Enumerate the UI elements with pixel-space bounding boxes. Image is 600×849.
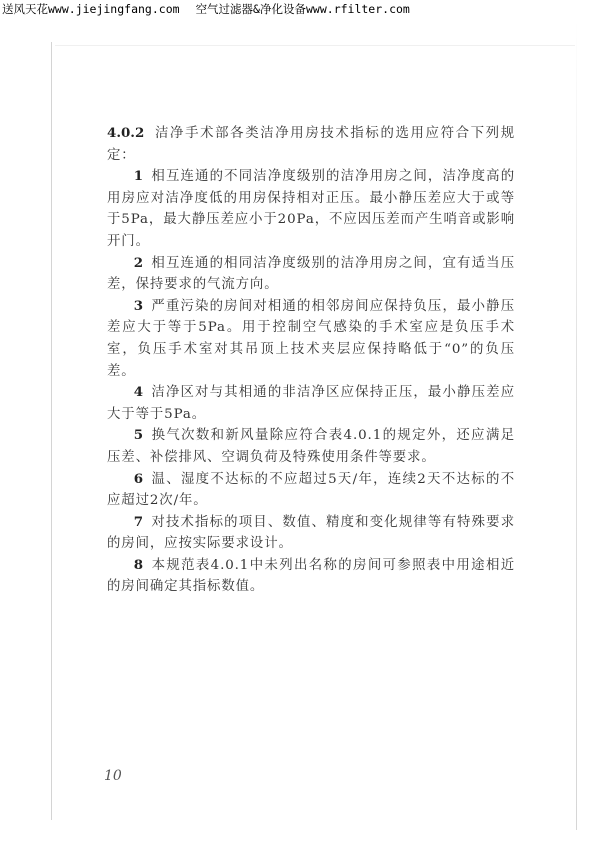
clause-text: 对技术指标的项目、数值、精度和变化规律等有特殊要求的房间，应按实际要求设计。 bbox=[107, 515, 515, 552]
clause-item: 1相互连通的不同洁净度级别的洁净用房之间，洁净度高的用房应对洁净度低的用房保持相… bbox=[107, 166, 515, 252]
clause-item: 3严重污染的房间对相通的相邻房间应保持负压，最小静压差应大于等于5Pa。用于控制… bbox=[107, 296, 515, 382]
header-right-url: www.rfilter.com bbox=[306, 2, 410, 16]
clause-number: 4 bbox=[134, 384, 143, 400]
clause-text: 严重污染的房间对相通的相邻房间应保持负压，最小静压差应大于等于5Pa。用于控制空… bbox=[107, 299, 515, 379]
header-right-name: 空气过滤器&净化设备 bbox=[196, 2, 306, 16]
header-left-name: 送风天花 bbox=[2, 2, 48, 16]
clause-item: 7对技术指标的项目、数值、精度和变化规律等有特殊要求的房间，应按实际要求设计。 bbox=[107, 512, 515, 555]
clause-item: 2相互连通的相同洁净度级别的洁净用房之间，宜有适当压差，保持要求的气流方向。 bbox=[107, 253, 515, 296]
scan-edge-left bbox=[51, 42, 52, 820]
scan-edge-top bbox=[55, 45, 575, 46]
clause-number: 3 bbox=[134, 298, 143, 314]
clause-text: 相互连通的不同洁净度级别的洁净用房之间，洁净度高的用房应对洁净度低的用房保持相对… bbox=[107, 169, 515, 249]
clause-item: 6温、湿度不达标的不应超过5天/年，连续2天不达标的不应超过2次/年。 bbox=[107, 469, 515, 512]
clause-text: 相互连通的相同洁净度级别的洁净用房之间，宜有适当压差，保持要求的气流方向。 bbox=[107, 256, 515, 293]
clause-item: 5换气次数和新风量除应符合表4.0.1的规定外，还应满足压差、补偿排风、空调负荷… bbox=[107, 425, 515, 468]
clause-number: 6 bbox=[134, 471, 143, 487]
document-body: 4.0.2洁净手术部各类洁净用房技术指标的选用应符合下列规定： 1相互连通的不同… bbox=[107, 123, 515, 598]
section-intro: 4.0.2洁净手术部各类洁净用房技术指标的选用应符合下列规定： bbox=[107, 123, 515, 166]
scan-edge-right bbox=[576, 20, 577, 830]
clause-text: 本规范表4.0.1中未列出名称的房间可参照表中用途相近的房间确定其指标数值。 bbox=[107, 558, 515, 595]
clause-text: 换气次数和新风量除应符合表4.0.1的规定外，还应满足压差、补偿排风、空调负荷及… bbox=[107, 428, 515, 465]
page-number: 10 bbox=[104, 768, 122, 784]
clause-number: 1 bbox=[134, 168, 143, 184]
clause-item: 4洁净区对与其相通的非洁净区应保持正压，最小静压差应大于等于5Pa。 bbox=[107, 382, 515, 425]
clause-text: 温、湿度不达标的不应超过5天/年，连续2天不达标的不应超过2次/年。 bbox=[107, 472, 515, 509]
header-left-url: www.jiejingfang.com bbox=[48, 2, 180, 16]
clause-text: 洁净区对与其相通的非洁净区应保持正压，最小静压差应大于等于5Pa。 bbox=[107, 385, 515, 422]
clause-number: 7 bbox=[134, 514, 143, 530]
clause-number: 8 bbox=[134, 557, 143, 573]
clause-number: 5 bbox=[134, 427, 143, 443]
watermark-header: 送风天花www.jiejingfang.com空气过滤器&净化设备www.rfi… bbox=[2, 2, 410, 16]
section-intro-text: 洁净手术部各类洁净用房技术指标的选用应符合下列规定： bbox=[107, 126, 515, 163]
clause-number: 2 bbox=[134, 255, 143, 271]
clause-item: 8本规范表4.0.1中未列出名称的房间可参照表中用途相近的房间确定其指标数值。 bbox=[107, 555, 515, 598]
section-number: 4.0.2 bbox=[107, 125, 144, 141]
